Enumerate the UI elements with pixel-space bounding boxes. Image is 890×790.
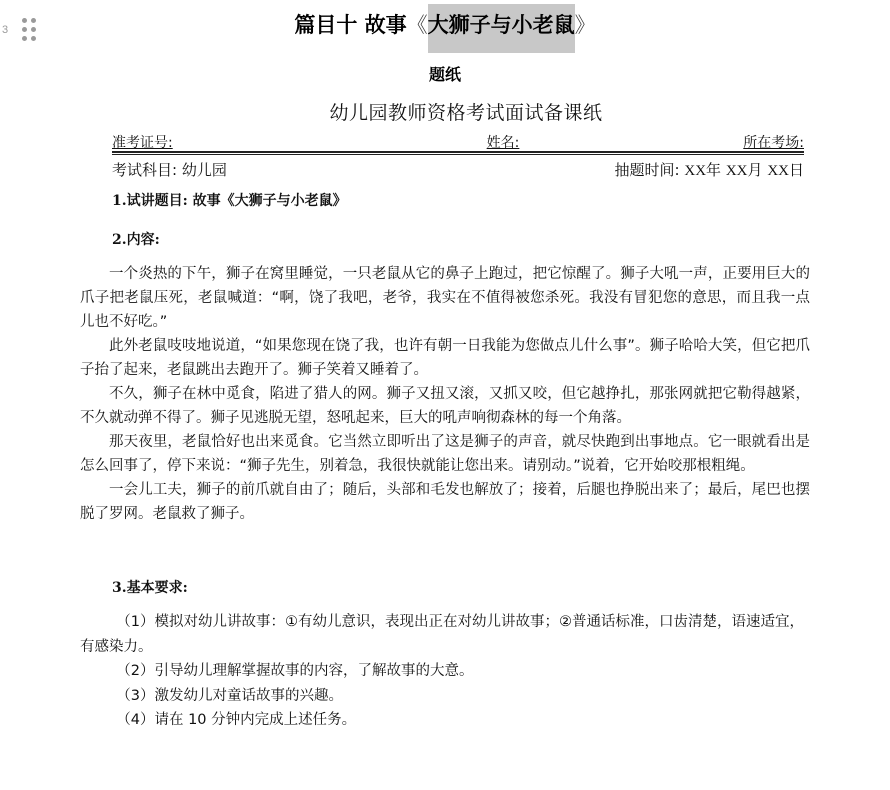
story-paragraph: 不久，狮子在林中觅食，陷进了猎人的网。狮子又扭又滚，又抓又咬，但它越挣扎，那张网… — [80, 382, 810, 430]
draw-time-month-unit: 月 — [748, 161, 763, 179]
topic-value: 故事《大狮子与小老鼠》 — [193, 193, 347, 209]
section-content-heading: 2.内容: — [112, 229, 160, 249]
requirement-item: （1）模拟对幼儿讲故事：①有幼儿意识，表现出正在对幼儿讲故事；②普通话标准，口齿… — [80, 610, 815, 659]
requirement-item: （4）请在 10 分钟内完成上述任务。 — [80, 708, 815, 733]
document-title: 篇目十 故事《大狮子与小老鼠》 — [0, 8, 890, 42]
requirements-list: （1）模拟对幼儿讲故事：①有幼儿意识，表现出正在对幼儿讲故事；②普通话标准，口齿… — [80, 610, 815, 733]
draw-time-year-unit: 年 — [706, 161, 721, 179]
exam-header-row: 准考证号: 姓名: 所在考场: — [112, 132, 804, 152]
admission-number-label: 准考证号: — [112, 132, 173, 152]
title-open-bracket: 《 — [407, 13, 428, 37]
story-paragraph: 此外老鼠吱吱地说道，“如果您现在饶了我，也许有朝一日我能为您做点儿什么事”。狮子… — [80, 334, 810, 382]
title-highlighted-selection[interactable]: 大狮子与小老鼠 — [428, 4, 575, 53]
title-close-bracket: 》 — [575, 13, 596, 37]
draw-time-month-value: XX — [726, 163, 748, 179]
topic-label: 1.试讲题目: — [112, 193, 188, 209]
section-topic: 1.试讲题目: 故事《大狮子与小老鼠》 — [112, 190, 347, 210]
paper-title: 幼儿园教师资格考试面试备课纸 — [0, 98, 890, 125]
draw-time-day-unit: 日 — [789, 161, 804, 179]
exam-site-label: 所在考场: — [743, 132, 804, 152]
section-requirements-heading: 3.基本要求: — [112, 577, 188, 597]
requirement-item: （2）引导幼儿理解掌握故事的内容，了解故事的大意。 — [80, 659, 815, 684]
subtitle: 题纸 — [0, 62, 890, 85]
story-content: 一个炎热的下午，狮子在窝里睡觉，一只老鼠从它的鼻子上跑过，把它惊醒了。狮子大吼一… — [80, 262, 810, 526]
story-paragraph: 一会儿工夫，狮子的前爪就自由了；随后，头部和毛发也解放了；接着，后腿也挣脱出来了… — [80, 478, 810, 526]
requirement-item: （3）激发幼儿对童话故事的兴趣。 — [80, 684, 815, 709]
exam-meta-row: 考试科目: 幼儿园 抽题时间: XX年 XX月 XX日 — [112, 158, 804, 180]
story-paragraph: 一个炎热的下午，狮子在窝里睡觉，一只老鼠从它的鼻子上跑过，把它惊醒了。狮子大吼一… — [80, 262, 810, 334]
draw-time-day-value: XX — [767, 163, 789, 179]
draw-time-year-value: XX — [684, 163, 706, 179]
draw-time: 抽题时间: XX年 XX月 XX日 — [615, 159, 804, 180]
story-paragraph: 那天夜里，老鼠恰好也出来觅食。它当然立即听出了这是狮子的声音，就尽快跑到出事地点… — [80, 430, 810, 478]
name-label: 姓名: — [487, 132, 520, 152]
title-prefix: 篇目十 故事 — [294, 12, 406, 37]
exam-subject: 考试科目: 幼儿园 — [112, 159, 227, 180]
header-divider — [112, 151, 804, 155]
draw-time-label: 抽题时间: — [615, 161, 680, 179]
